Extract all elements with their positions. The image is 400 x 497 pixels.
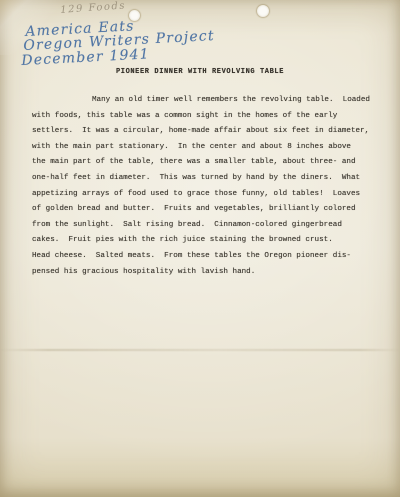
body-text-line: one-half feet in diameter. This was turn…	[32, 171, 382, 187]
body-text-line: the main part of the table, there was a …	[32, 155, 382, 171]
pencil-note: 129 Foods	[60, 0, 126, 16]
punch-hole	[257, 5, 269, 17]
body-text-line: from the sunlight. Salt rising bread. Ci…	[32, 218, 382, 234]
document-page: 129 Foods America Eats Oregon Writers Pr…	[0, 0, 400, 497]
body-text-line: with foods, this table was a common sigh…	[32, 109, 382, 125]
body-text-line: settlers. It was a circular, home-made a…	[32, 124, 382, 140]
fold-crease	[0, 349, 400, 351]
body-text-line: pensed his gracious hospitality with lav…	[32, 265, 382, 281]
body-text-line: with the main part stationary. In the ce…	[32, 140, 382, 156]
body-text-line: Many an old timer well remembers the rev…	[32, 93, 382, 109]
document-title: PIONEER DINNER WITH REVOLVING TABLE	[0, 68, 400, 76]
body-text-line: appetizing arrays of food used to grace …	[32, 187, 382, 203]
body-text-line: Head cheese. Salted meats. From these ta…	[32, 249, 382, 265]
body-text-line: of golden bread and butter. Fruits and v…	[32, 202, 382, 218]
document-body: Many an old timer well remembers the rev…	[32, 93, 382, 280]
body-text-line: cakes. Fruit pies with the rich juice st…	[32, 233, 382, 249]
